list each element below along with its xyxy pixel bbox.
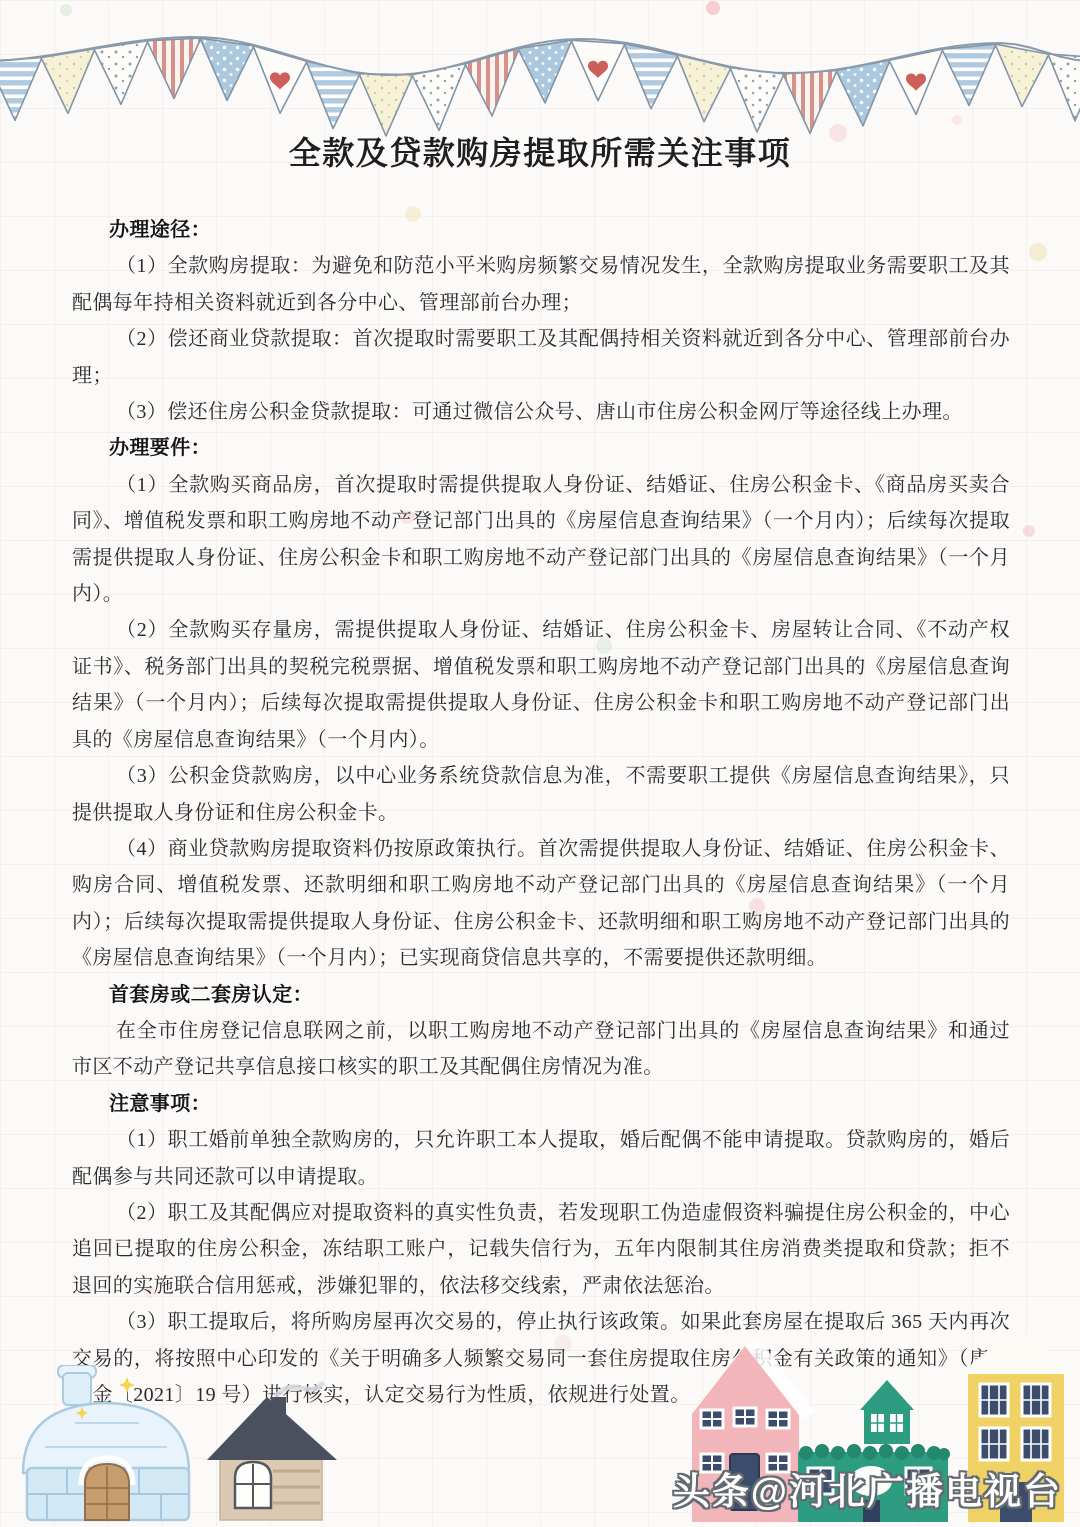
section-4-para-1: （1）职工婚前单独全款购房的，只允许职工本人提取，婚后配偶不能申请提取。贷款购房… bbox=[72, 1122, 1010, 1195]
section-2-para-2: （2）全款购买存量房，需提供提取人身份证、结婚证、住房公积金卡、房屋转让合同、《… bbox=[72, 612, 1010, 758]
bunting-flag-cream-dots bbox=[41, 49, 95, 114]
bunting-flag-white-dots bbox=[94, 41, 148, 105]
confetti-dot bbox=[1029, 243, 1047, 261]
bunting-flag-red-stripes bbox=[147, 38, 201, 98]
bunting-flag-blue-dots bbox=[836, 60, 890, 126]
igloo-house bbox=[23, 1365, 189, 1520]
bunting-flag-red-stripes bbox=[783, 70, 837, 133]
watermark: 头条@河北广播电视台 bbox=[673, 1461, 1062, 1515]
bunting-flag-blue-dots bbox=[518, 40, 572, 103]
bunting-flag-blue-stripes bbox=[942, 44, 996, 106]
confetti-dot bbox=[1023, 525, 1035, 537]
section-3-para-1: 在全市住房登记信息联网之前，以职工购房地不动产登记部门出具的《房屋信息查询结果》… bbox=[72, 1013, 1010, 1086]
section-1-para-3: （3）偿还住房公积金贷款提取：可通过微信公众号、唐山市住房公积金网厅等途径线上办… bbox=[72, 394, 1010, 430]
document-page: 全款及贷款购房提取所需关注事项 办理途径：（1）全款购房提取：为避免和防范小平米… bbox=[0, 0, 1080, 1527]
section-2-para-1: （1）全款购买商品房，首次提取时需提供提取人身份证、结婚证、住房公积金卡、《商品… bbox=[72, 467, 1010, 613]
section-1-para-2: （2）偿还商业贷款提取：首次提取时需要职工及其配偶持相关资料就近到各分中心、管理… bbox=[72, 321, 1010, 394]
bunting-flag-blue-stripes bbox=[624, 44, 678, 109]
bunting-flag-white-dots bbox=[730, 68, 784, 132]
bunting-flag-blue-stripes bbox=[0, 57, 42, 120]
bunting-flag-red-stripes bbox=[465, 48, 519, 116]
houses-left-illustration bbox=[15, 1365, 340, 1525]
section-heading-1: 办理途径： bbox=[72, 212, 1010, 248]
section-4-para-2: （2）职工及其配偶应对提取资料的真实性负责，若发现职工伪造虚假资料骗提住房公积金… bbox=[72, 1195, 1010, 1304]
section-heading-2: 办理要件： bbox=[72, 430, 1010, 466]
bunting-flag-blue-dots bbox=[200, 38, 254, 100]
bunting-banner bbox=[0, 0, 1080, 140]
bunting-flag-cream-dots bbox=[995, 44, 1049, 106]
section-2-para-3: （3）公积金贷款购房，以中心业务系统贷款信息为准，不需要职工提供《房屋信息查询结… bbox=[72, 758, 1010, 831]
bunting-flag-cream-dots bbox=[359, 74, 413, 136]
section-2-para-4: （4）商业贷款购房提取资料仍按原政策执行。首次需提供提取人身份证、结婚证、住房公… bbox=[72, 831, 1010, 977]
document-body: 办理途径：（1）全款购房提取：为避免和防范小平米购房频繁交易情况发生，全款购房提… bbox=[72, 212, 1010, 1413]
section-heading-4: 注意事项： bbox=[72, 1086, 1010, 1122]
beige-house bbox=[207, 1384, 337, 1520]
bunting-flag-white-dots bbox=[1048, 54, 1080, 121]
section-1-para-1: （1）全款购房提取：为避免和防范小平米购房频繁交易情况发生，全款购房提取业务需要… bbox=[72, 248, 1010, 321]
section-heading-3: 首套房或二套房认定： bbox=[72, 977, 1010, 1013]
